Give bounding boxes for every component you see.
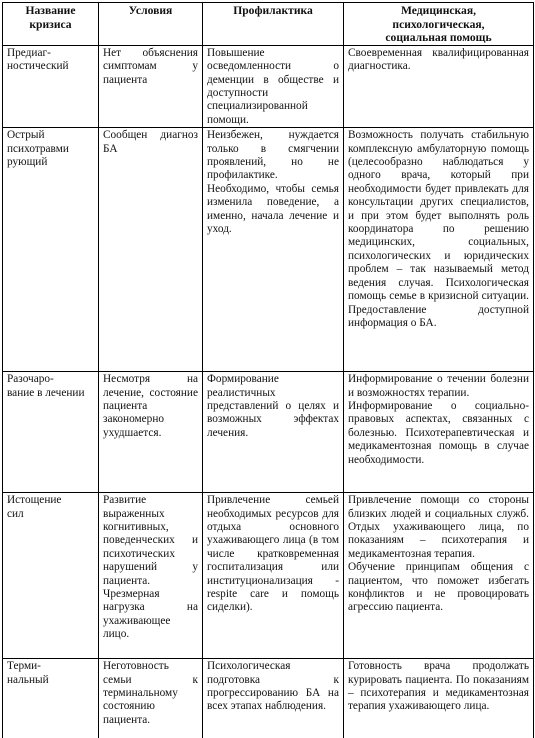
cell-paragraph: Психологическая подготовка к прогрессиро… (207, 660, 339, 714)
cell-crisis: Предиаг-ностический (3, 45, 99, 127)
header-line: социальная помощь (348, 31, 529, 45)
crisis-name-line: Истощение (7, 494, 94, 507)
crisis-name-line: Терми- (7, 660, 94, 673)
header-line: психологическая, (348, 18, 529, 32)
cell-paragraph: Формирование реалистичных представлений … (207, 373, 339, 440)
header-line: кризиса (7, 18, 94, 32)
cell-paragraph: Возможность получать стабильную комплекс… (348, 129, 529, 330)
cell-paragraph: Развитие выраженных когнитивных, поведен… (103, 494, 198, 588)
cell-paragraph: Неизбежен, нуждается только в смягчении … (207, 129, 339, 183)
cell-prevention: Повышение осведомленности о деменции в о… (203, 45, 344, 127)
cell-paragraph: Необходимо, чтобы семья изменила поведен… (207, 183, 339, 237)
cell-paragraph: Обучение принципам общения с пациентом, … (348, 561, 529, 615)
cell-prevention: Формирование реалистичных представлений … (203, 372, 344, 493)
cell-paragraph: Чрезмерная нагрузка на ухаживающее лицо. (103, 588, 198, 642)
header-crisis-name: Названиекризиса (3, 3, 99, 46)
crisis-name-line: Предиаг- (7, 47, 94, 60)
cell-paragraph: Информирование о социально-правовых аспе… (348, 400, 529, 467)
header-line: Профилактика (207, 4, 339, 18)
cell-help: Возможность получать стабильную комплекс… (344, 128, 534, 372)
table-row: Терми-нальныйНеготовность семьи к термин… (3, 659, 534, 738)
crisis-name-line: психотравми (7, 143, 94, 156)
table-row: Предиаг-ностическийНет объяснения симпто… (3, 45, 534, 127)
cell-paragraph: Нет объяснения симптомам у пациента (103, 47, 198, 87)
cell-prevention: Психологическая подготовка к прогрессиро… (203, 659, 344, 738)
table-row: ИстощениесилРазвитие выраженных когнитив… (3, 493, 534, 659)
cell-crisis: Разочаро-вание в лечении (3, 372, 99, 493)
cell-help: Привлечение помощи со стороны близких лю… (344, 493, 534, 659)
cell-conditions: Нет объяснения симптомам у пациента (99, 45, 203, 127)
header-help: Медицинская,психологическая,социальная п… (344, 3, 534, 46)
cell-paragraph: Несмотря на лечение, состояние пациента … (103, 373, 198, 440)
cell-help: Информирование о течении болезни и возмо… (344, 372, 534, 493)
cell-conditions: Неготовность семьи к терминальному состо… (99, 659, 203, 738)
cell-conditions: Несмотря на лечение, состояние пациента … (99, 372, 203, 493)
crisis-name-line: Острый (7, 129, 94, 142)
header-line: Условия (103, 4, 198, 18)
cell-paragraph: Привлечение помощи со стороны близких лю… (348, 494, 529, 561)
crisis-table: Названиекризиса Условия Профилактика Мед… (2, 2, 534, 738)
header-line: Название (7, 4, 94, 18)
cell-prevention: Неизбежен, нуждается только в смягчении … (203, 128, 344, 372)
cell-crisis: Терми-нальный (3, 659, 99, 738)
cell-paragraph: Привлечение семьей необходимых ресурсов … (207, 494, 339, 615)
cell-crisis: Истощениесил (3, 493, 99, 659)
header-conditions: Условия (99, 3, 203, 46)
crisis-name-line: рующий (7, 156, 94, 169)
header-prevention: Профилактика (203, 3, 344, 46)
cell-conditions: Развитие выраженных когнитивных, поведен… (99, 493, 203, 659)
cell-paragraph: Информирование о течении болезни и возмо… (348, 373, 529, 400)
cell-paragraph: Готовность врача продолжать курировать п… (348, 660, 529, 714)
crisis-name-line: ностический (7, 60, 94, 73)
cell-paragraph: Неготовность семьи к терминальному состо… (103, 660, 198, 727)
crisis-name-line: вание в лечении (7, 387, 94, 400)
table-row: ОстрыйпсихотравмирующийСообщен диагноз Б… (3, 128, 534, 372)
header-row: Названиекризиса Условия Профилактика Мед… (3, 3, 534, 46)
cell-help: Готовность врача продолжать курировать п… (344, 659, 534, 738)
cell-paragraph: Своевременная квалифицированная диагност… (348, 47, 529, 74)
cell-paragraph: Сообщен диагноз БА (103, 129, 198, 156)
crisis-name-line: нальный (7, 674, 94, 687)
table-row: Разочаро-вание в леченииНесмотря на лече… (3, 372, 534, 493)
cell-prevention: Привлечение семьей необходимых ресурсов … (203, 493, 344, 659)
crisis-name-line: Разочаро- (7, 373, 94, 386)
crisis-name-line: сил (7, 508, 94, 521)
cell-conditions: Сообщен диагноз БА (99, 128, 203, 372)
header-line: Медицинская, (348, 4, 529, 18)
cell-help: Своевременная квалифицированная диагност… (344, 45, 534, 127)
cell-paragraph: Повышение осведомленности о деменции в о… (207, 47, 339, 127)
cell-crisis: Острыйпсихотравмирующий (3, 128, 99, 372)
